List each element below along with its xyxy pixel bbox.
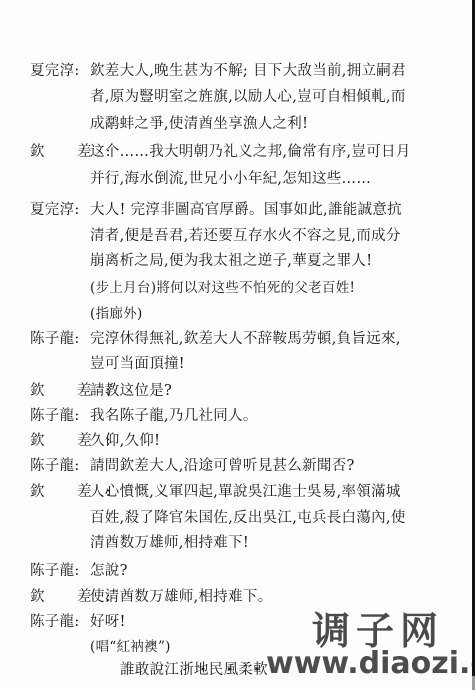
stage-direction: (指廊外) — [90, 305, 143, 323]
song-title: (唱“紅衲襖”) — [90, 638, 171, 656]
speaker-label: 欽 差: — [30, 588, 88, 606]
dialogue-line: 成鹬蚌之爭,使清酋坐享漁人之利! — [90, 115, 308, 133]
dialogue-line: 使清酋数万雄师,相持难下。 — [90, 588, 273, 606]
speaker-label: 夏完淳: — [30, 62, 88, 80]
watermark-url: www.diaozi.com — [266, 646, 475, 681]
speaker-label: 欽 差: — [30, 483, 88, 501]
speaker-label: 陈子龍: — [30, 613, 88, 631]
dialogue-line: 者,原为豎明室之旌旗,以励人心,豈可自相傾軋,而 — [90, 88, 406, 106]
dialogue-line: 崩离析之局,便为我太祖之逆子,華夏之罪人! — [90, 252, 372, 270]
speaker-label: 欽 差: — [30, 432, 88, 450]
speaker-label: 陈子龍: — [30, 562, 88, 580]
dialogue-line: 并行,海水倒流,世兄小小年紀,怎知这些…… — [90, 170, 371, 188]
dialogue-line: 大人! 完淳非圖高官厚爵。国事如此,誰能誠意抗 — [90, 201, 402, 219]
speaker-label: 欽 差: — [30, 382, 88, 400]
speaker-label: 欽 差: — [30, 143, 88, 161]
dialogue-line: 豈可当面頂撞! — [90, 355, 185, 373]
speaker-label: 陈子龍: — [30, 330, 88, 348]
dialogue-line: 請教这位是? — [90, 382, 172, 400]
speaker-label: 陈子龍: — [30, 457, 88, 475]
script-page: 夏完淳: 欽差大人,晚生甚为不解; 目下大敌当前,拥立嗣君 者,原为豎明室之旌旗… — [0, 0, 472, 690]
dialogue-line: 完淳休得無礼,欽差大人不辞鞍馬劳頓,負旨远來, — [90, 330, 401, 348]
dialogue-line: 請問欽差大人,沿途可曾听見甚么新聞否? — [90, 457, 355, 475]
dialogue-line: 清者,便是吾君,若还要互存水火不容之見,而成分 — [90, 227, 401, 245]
dialogue-line: 这个……我大明朝乃礼义之邦,倫常有序,豈可日月 — [90, 143, 411, 161]
stage-direction: (步上月台)將何以对这些不怕死的父老百姓! — [90, 279, 355, 297]
dialogue-line: 人心憤慨,义軍四起,單說吳江進士吳易,率領滿城 — [90, 483, 401, 501]
speaker-label: 夏完淳: — [30, 201, 88, 219]
dialogue-line: 怎說? — [90, 562, 128, 580]
dialogue-line: 清酋数万雄师,相持难下! — [90, 534, 249, 552]
dialogue-line: 百姓,殺了降官朱国佐,反出吳江,屯兵長白蕩內,使 — [90, 509, 406, 527]
dialogue-line: 我名陈子龍,乃几社同人。 — [90, 407, 258, 425]
speaker-label: 陈子龍: — [30, 407, 88, 425]
dialogue-line: 欽差大人,晚生甚为不解; 目下大敌当前,拥立嗣君 — [90, 62, 406, 80]
dialogue-line: 久仰,久仰! — [90, 432, 160, 450]
dialogue-line: 好呀! — [90, 613, 126, 631]
